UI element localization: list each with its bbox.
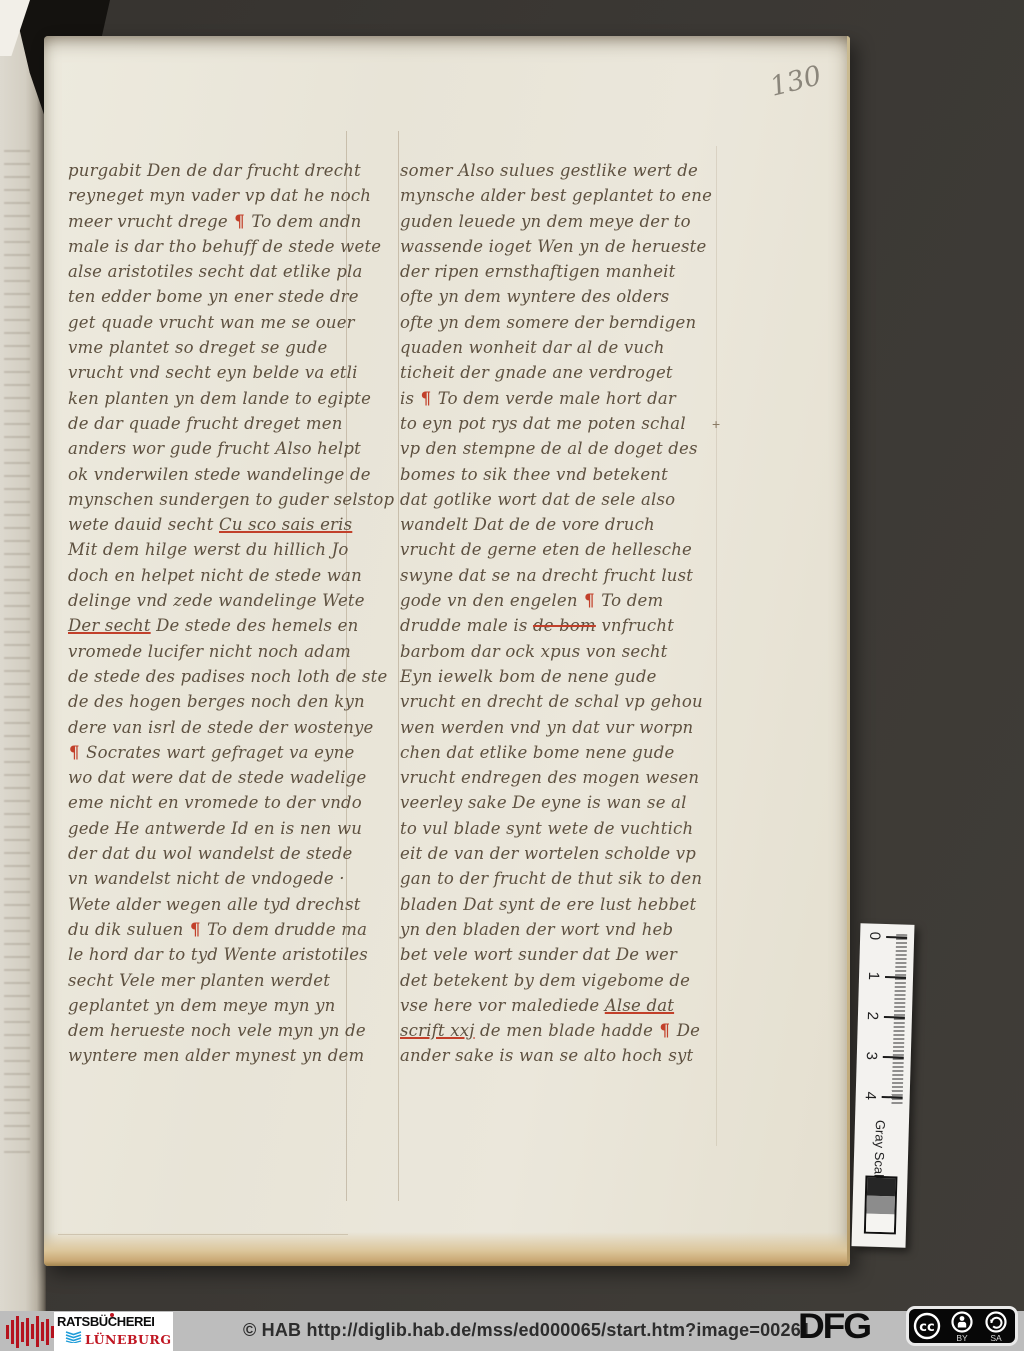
manuscript-line: secht Vele mer planten werdet	[68, 968, 386, 993]
gray-scale-patch	[866, 1214, 894, 1233]
manuscript-line: scrift xxj de men blade hadde ¶ De	[400, 1018, 718, 1043]
manuscript-line: wen werden vnd yn dat vur worpn	[400, 715, 718, 740]
manuscript-line: eit de van der wortelen scholde vp	[400, 841, 718, 866]
manuscript-line: Wete alder wegen alle tyd drechst	[68, 892, 386, 917]
manuscript-line: geplantet yn dem meye myn yn	[68, 993, 386, 1018]
manuscript-line: gede He antwerde Id en is nen wu	[68, 816, 386, 841]
manuscript-line: wassende ioget Wen yn de herueste	[400, 234, 718, 259]
manuscript-line: dat gotlike wort dat de sele also	[400, 487, 718, 512]
logo-bar	[46, 1319, 49, 1345]
manuscript-line: le hord dar to tyd Wente aristotiles	[68, 942, 386, 967]
manuscript-line: barbom dar ock xpus von secht	[400, 639, 718, 664]
manuscript-line: ticheit der gnade ane verdroget	[400, 360, 718, 385]
manuscript-line: guden leuede yn dem meye der to	[400, 209, 718, 234]
gray-scale-patch	[867, 1178, 895, 1197]
manuscript-line: dem herueste noch vele myn yn de	[68, 1018, 386, 1043]
manuscript-line: vromede lucifer nicht noch adam	[68, 639, 386, 664]
manuscript-line: dere van isrl de stede der wostenye	[68, 715, 386, 740]
column-ruling-right	[398, 131, 399, 1201]
ratsbuecherei-logo: RATSBÜCHEREI LÜNEBURG	[54, 1312, 173, 1351]
manuscript-line: gode vn den engelen ¶ To dem	[400, 588, 718, 613]
manuscript-line: de stede des padises noch loth de ste	[68, 664, 386, 689]
ruler-major-tick	[885, 976, 906, 979]
manuscript-line: du dik suluen ¶ To dem drudde ma	[68, 917, 386, 942]
cc-icon: cc	[919, 1320, 934, 1335]
manuscript-line: meer vrucht drege ¶ To dem andn	[68, 209, 386, 234]
ruler-numbers: 01234	[861, 923, 915, 925]
manuscript-line: ten edder bome yn ener stede dre	[68, 284, 386, 309]
logo-bar	[36, 1316, 39, 1347]
manuscript-line: ander sake is wan se alto hoch syt	[400, 1043, 718, 1068]
manuscript-line: der dat du wol wandelst de stede	[68, 841, 386, 866]
manuscript-line: der ripen ernsthaftigen manheit	[400, 259, 718, 284]
manuscript-line: to eyn pot rys dat me poten schal	[400, 411, 718, 436]
manuscript-line: vse here vor malediede Alse dat	[400, 993, 718, 1018]
logo-bar	[41, 1322, 44, 1341]
ruler-number: 0	[866, 931, 883, 940]
manuscript-line: to vul blade synt wete de vuchtich	[400, 816, 718, 841]
logo-bar	[26, 1318, 29, 1346]
logo-bar	[11, 1320, 14, 1344]
cc-by-sa-icons: cc BY SA	[912, 1310, 1012, 1342]
manuscript-line: male is dar tho behuff de stede wete	[68, 234, 386, 259]
manuscript-line: is ¶ To dem verde male hort dar	[400, 386, 718, 411]
manuscript-line: vrucht de gerne eten de hellesche	[400, 537, 718, 562]
copyright-url-text: © HAB http://diglib.hab.de/mss/ed000065/…	[243, 1320, 811, 1341]
manuscript-line: ¶ Socrates wart gefraget va eyne	[68, 740, 386, 765]
logo-bar	[16, 1316, 19, 1348]
manuscript-line: wo dat were dat de stede wadelige	[68, 765, 386, 790]
manuscript-line: bladen Dat synt de ere lust hebbet	[400, 892, 718, 917]
manuscript-line: wyntere men alder mynest yn dem	[68, 1043, 386, 1068]
gray-scale-label: Gray Scale	[871, 1120, 888, 1185]
manuscript-line: swyne dat se na drecht frucht lust	[400, 563, 718, 588]
manuscript-line: wandelt Dat de de vore druch	[400, 512, 718, 537]
manuscript-line: quaden wonheit dar al de vuch	[400, 335, 718, 360]
logo-bar	[6, 1325, 9, 1339]
manuscript-line: delinge vnd zede wandelinge Wete	[68, 588, 386, 613]
text-column-left: purgabit Den de dar frucht drechtreynege…	[68, 158, 386, 1069]
manuscript-line: anders wor gude frucht Also helpt	[68, 436, 386, 461]
logo-bar	[31, 1324, 34, 1339]
manuscript-line: drudde male is de bom vnfrucht	[400, 613, 718, 638]
manuscript-line: reyneget myn vader vp dat he noch	[68, 183, 386, 208]
manuscript-line: get quade vrucht wan me se ouer	[68, 310, 386, 335]
manuscript-line: yn den bladen der wort vnd heb	[400, 917, 718, 942]
book-waves-icon	[65, 1330, 82, 1348]
svg-text:BY: BY	[956, 1333, 968, 1342]
manuscript-line: ok vnderwilen stede wandelinge de	[68, 462, 386, 487]
manuscript-line: alse aristotiles secht dat etlike pla	[68, 259, 386, 284]
ruler-number: 3	[863, 1051, 880, 1060]
manuscript-line: doch en helpet nicht de stede wan	[68, 563, 386, 588]
digitized-manuscript-viewer: { "page": { "folio_number": "130", "marg…	[0, 0, 1024, 1351]
manuscript-line: vrucht vnd secht eyn belde va etli	[68, 360, 386, 385]
ruler-major-tick	[886, 936, 907, 939]
umlaut-red-dot	[110, 1313, 114, 1317]
manuscript-line: de des hogen berges noch den kyn	[68, 689, 386, 714]
ruler-major-ticks	[861, 923, 915, 925]
margin-plus-mark: +	[712, 416, 720, 432]
gray-scale-ruler: 01234 Gray Scale	[852, 923, 915, 1247]
manuscript-line: bet vele wort sunder dat De wer	[400, 942, 718, 967]
manuscript-line: vrucht endregen des mogen wesen	[400, 765, 718, 790]
parchment-bottom-edge	[44, 1232, 850, 1266]
manuscript-line: bomes to sik thee vnd betekent	[400, 462, 718, 487]
manuscript-line: vp den stempne de al de doget des	[400, 436, 718, 461]
manuscript-line: chen dat etlike bome nene gude	[400, 740, 718, 765]
ruler-number: 2	[864, 1011, 881, 1020]
library-city: LÜNEBURG	[85, 1332, 172, 1347]
ruler-minor-ticks	[891, 934, 907, 1106]
manuscript-line: eme nicht en vromede to der vndo	[68, 790, 386, 815]
svg-text:SA: SA	[990, 1333, 1002, 1342]
manuscript-line: mynschen sundergen to guder selstop	[68, 487, 386, 512]
manuscript-line: vn wandelst nicht de vndogede ·	[68, 866, 386, 891]
manuscript-line: vrucht en drecht de schal vp gehou	[400, 689, 718, 714]
manuscript-line: somer Also sulues gestlike wert de	[400, 158, 718, 183]
manuscript-line: Eyn iewelk bom de nene gude	[400, 664, 718, 689]
ruler-major-tick	[883, 1056, 904, 1059]
manuscript-line: mynsche alder best geplantet to ene	[400, 183, 718, 208]
gray-scale-patch	[866, 1196, 894, 1215]
manuscript-line: Der secht De stede des hemels en	[68, 613, 386, 638]
manuscript-line: ofte yn dem somere der berndigen	[400, 310, 718, 335]
cc-license-badge: cc BY SA	[906, 1306, 1018, 1346]
manuscript-line: veerley sake De eyne is wan se al	[400, 790, 718, 815]
ruler-number: 1	[865, 971, 882, 980]
manuscript-page: purgabit Den de dar frucht drechtreynege…	[44, 36, 850, 1266]
manuscript-line: de dar quade frucht dreget men	[68, 411, 386, 436]
text-column-right: somer Also sulues gestlike wert demynsch…	[400, 158, 718, 1069]
gray-scale-patches	[864, 1176, 898, 1235]
manuscript-line: purgabit Den de dar frucht drecht	[68, 158, 386, 183]
manuscript-line: det betekent by dem vigebome de	[400, 968, 718, 993]
ruler-number: 4	[862, 1091, 879, 1100]
manuscript-line: ofte yn dem wyntere des olders	[400, 284, 718, 309]
logo-bar	[21, 1322, 24, 1342]
manuscript-line: gan to der frucht de thut sik to den	[400, 866, 718, 891]
by-person-icon	[960, 1316, 965, 1321]
manuscript-line: Mit dem hilge werst du hillich Jo	[68, 537, 386, 562]
ruler-major-tick	[882, 1096, 903, 1099]
dfg-logo: DFG	[798, 1307, 870, 1347]
manuscript-line: vme plantet so dreget se gude	[68, 335, 386, 360]
ruler-major-tick	[884, 1016, 905, 1019]
facing-page-bleedthrough-text	[4, 150, 30, 1160]
manuscript-line: wete dauid secht Cu sco sais eris	[68, 512, 386, 537]
ratsbuecherei-bars-icon	[6, 1315, 54, 1348]
manuscript-line: ken planten yn dem lande to egipte	[68, 386, 386, 411]
parchment-right-edge	[847, 36, 850, 1266]
sa-arrow-icon	[991, 1318, 1001, 1328]
